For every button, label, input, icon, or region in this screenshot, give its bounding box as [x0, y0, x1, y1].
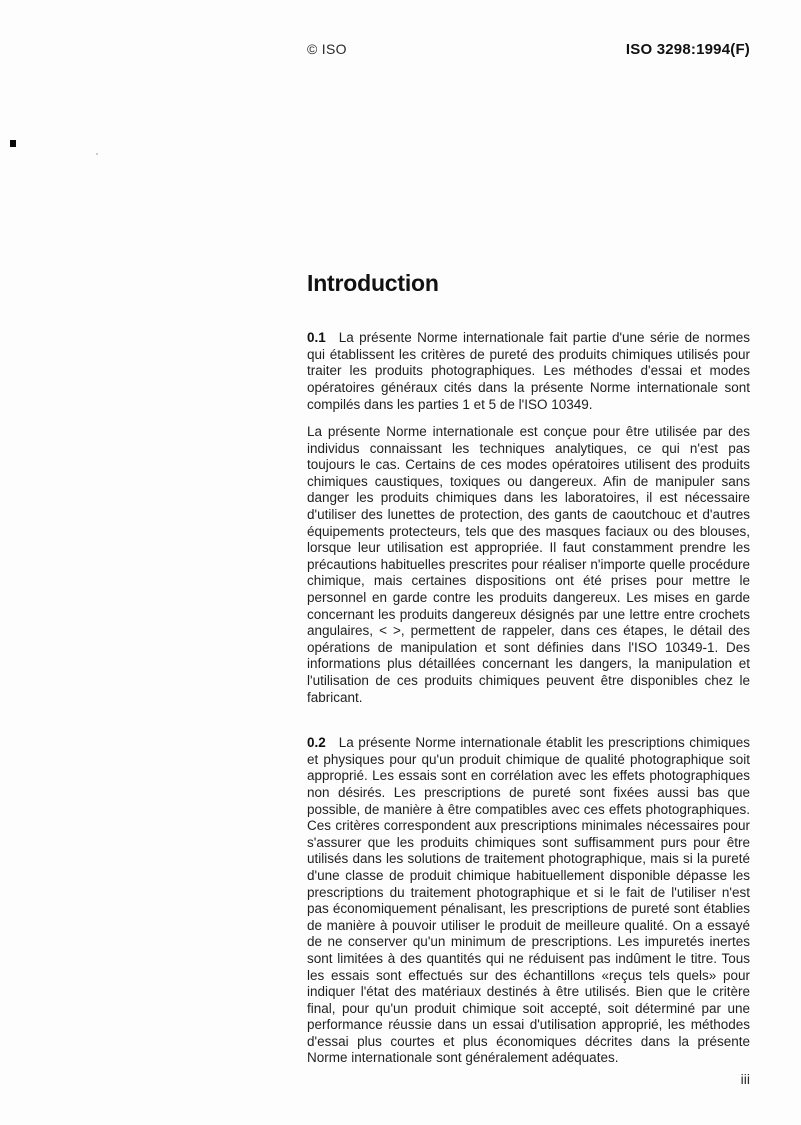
paragraph-intro-body: La présente Norme internationale est con… [307, 424, 750, 706]
paragraph-0-2-text: La présente Norme internationale établit… [307, 735, 750, 1065]
paragraph-0-2: 0.2La présente Norme internationale étab… [307, 735, 750, 1067]
document-page: © ISO ISO 3298:1994(F) Introduction 0.1L… [0, 0, 801, 1125]
standard-reference: ISO 3298:1994(F) [626, 41, 750, 58]
page-number: iii [307, 1071, 750, 1087]
introduction-section: Introduction 0.1La présente Norme intern… [307, 271, 750, 1067]
copyright-notice: © ISO [307, 41, 347, 57]
paragraph-0-1: 0.1La présente Norme internationale fait… [307, 330, 750, 413]
paragraph-intro-body-text: La présente Norme internationale est con… [307, 424, 750, 705]
scan-speck [96, 153, 98, 155]
paragraph-0-2-number: 0.2 [307, 735, 339, 750]
section-title: Introduction [307, 271, 750, 295]
scan-artifact-mark [10, 140, 16, 147]
paragraph-0-1-number: 0.1 [307, 330, 339, 345]
page-header: © ISO ISO 3298:1994(F) [307, 41, 750, 58]
paragraph-0-1-text: La présente Norme internationale fait pa… [307, 330, 750, 411]
